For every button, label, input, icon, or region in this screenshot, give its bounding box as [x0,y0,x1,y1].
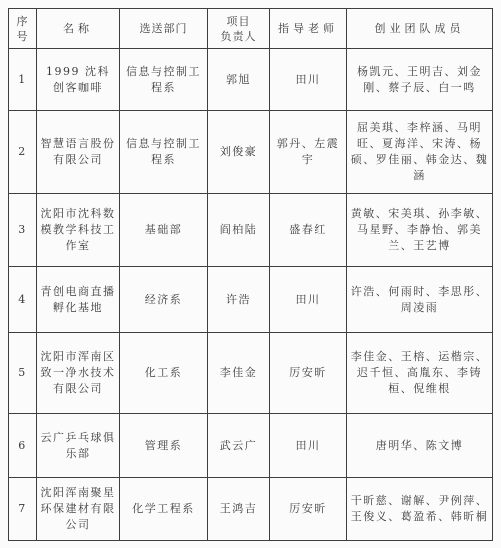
table-row: 2 智慧语言股份有限公司 信息与控制工程系 刘俊豪 郭丹、左震宇 屈美琪、李梓涵… [9,111,493,194]
table-row: 5 沈阳市浑南区致一净水技术有限公司 化工系 李佳金 厉安昕 李佳金、王榕、运楷… [9,333,493,414]
cell-dept: 化学工程系 [120,478,208,541]
cell-no: 6 [9,414,37,478]
cell-no: 1 [9,49,37,111]
cell-dept: 化工系 [120,333,208,414]
cell-dept: 信息与控制工程系 [120,111,208,194]
cell-no: 7 [9,478,37,541]
cell-leader: 郭旭 [208,49,270,111]
cell-advisor: 田川 [270,414,347,478]
cell-name: 云广乒乓球俱乐部 [37,414,120,478]
cell-dept: 管理系 [120,414,208,478]
cell-leader: 阎柏陆 [208,194,270,267]
cell-members: 李佳金、王榕、运楷宗、迟千恒、高胤东、李铸桓、倪维根 [347,333,493,414]
table-row: 1 1999 沈科创客咖啡 信息与控制工程系 郭旭 田川 杨凯元、王明吉、刘金刚… [9,49,493,111]
cell-name: 1999 沈科创客咖啡 [37,49,120,111]
col-header-no: 序 号 [9,9,37,49]
header-row: 序 号 名称 选送部门 项目 负责人 指导老师 创业团队成员 [9,9,493,49]
cell-leader: 李佳金 [208,333,270,414]
cell-no: 4 [9,267,37,333]
cell-leader: 王鸿吉 [208,478,270,541]
col-header-members: 创业团队成员 [347,9,493,49]
cell-advisor: 厉安昕 [270,478,347,541]
cell-leader: 武云广 [208,414,270,478]
cell-members: 黄敏、宋美琪、孙李敏、马星野、李静怡、郭美兰、王艺博 [347,194,493,267]
col-header-name: 名称 [37,9,120,49]
col-header-advisor: 指导老师 [270,9,347,49]
cell-advisor: 盛春红 [270,194,347,267]
cell-members: 干昕慈、谢解、尹例萍、王俊义、葛盈希、韩昕桐 [347,478,493,541]
cell-name: 青创电商直播孵化基地 [37,267,120,333]
cell-leader: 刘俊豪 [208,111,270,194]
cell-members: 屈美琪、李梓涵、马明旺、夏海洋、宋涛、杨硕、罗佳丽、韩金达、魏涵 [347,111,493,194]
cell-members: 许浩、何雨时、李思彤、周凌雨 [347,267,493,333]
cell-advisor: 田川 [270,267,347,333]
cell-no: 2 [9,111,37,194]
cell-name: 沈阳市浑南区致一净水技术有限公司 [37,333,120,414]
cell-members: 唐明华、陈文博 [347,414,493,478]
cell-members: 杨凯元、王明吉、刘金刚、蔡子辰、白一鸣 [347,49,493,111]
cell-leader: 许浩 [208,267,270,333]
cell-advisor: 田川 [270,49,347,111]
cell-no: 3 [9,194,37,267]
cell-name: 智慧语言股份有限公司 [37,111,120,194]
table-row: 6 云广乒乓球俱乐部 管理系 武云广 田川 唐明华、陈文博 [9,414,493,478]
cell-advisor: 郭丹、左震宇 [270,111,347,194]
cell-dept: 信息与控制工程系 [120,49,208,111]
cell-advisor: 厉安昕 [270,333,347,414]
cell-dept: 经济系 [120,267,208,333]
startup-team-roster-table: 序 号 名称 选送部门 项目 负责人 指导老师 创业团队成员 1 1999 沈科… [8,8,493,541]
cell-dept: 基础部 [120,194,208,267]
cell-no: 5 [9,333,37,414]
cell-name: 沈阳市沈科数模教学科技工作室 [37,194,120,267]
col-header-dept: 选送部门 [120,9,208,49]
table-row: 7 沈阳浑南聚星环保建材有限公司 化学工程系 王鸿吉 厉安昕 干昕慈、谢解、尹例… [9,478,493,541]
cell-name: 沈阳浑南聚星环保建材有限公司 [37,478,120,541]
table-row: 4 青创电商直播孵化基地 经济系 许浩 田川 许浩、何雨时、李思彤、周凌雨 [9,267,493,333]
table-row: 3 沈阳市沈科数模教学科技工作室 基础部 阎柏陆 盛春红 黄敏、宋美琪、孙李敏、… [9,194,493,267]
col-header-leader: 项目 负责人 [208,9,270,49]
